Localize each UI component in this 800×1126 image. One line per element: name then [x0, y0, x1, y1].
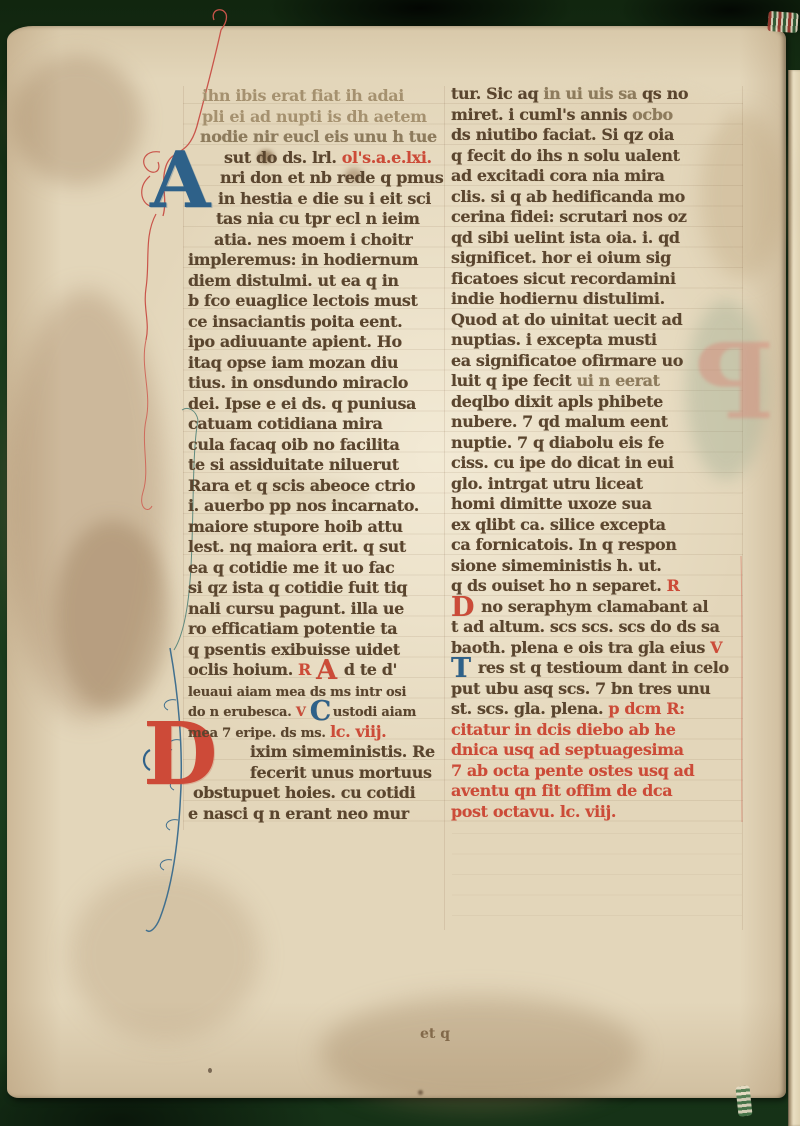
text-run: luit q ipe fecit: [451, 371, 577, 390]
text-run: t ad altum. scs scs. scs do ds sa: [451, 617, 720, 636]
manuscript-text-line: fecerit unus mortuus: [188, 763, 442, 784]
text-run: aventu qn fit offim de dca: [451, 781, 672, 800]
text-run: pli ei ad nupti is dh aetem: [202, 107, 427, 126]
text-run: indie hodiernu distulimi.: [451, 289, 665, 308]
manuscript-text-line: ce insaciantis poita eent.: [188, 312, 442, 333]
text-run: ui n eerat: [577, 371, 660, 390]
text-run: cerina fidei: scrutari nos oz: [451, 207, 687, 226]
text-run: put ubu asq scs. 7 bn tres unu: [451, 679, 710, 698]
manuscript-text-line: q fecit do ihs n solu ualent: [451, 146, 735, 167]
text-run: q psentis exibuisse uidet: [188, 640, 400, 659]
text-run: p dcm R:: [608, 699, 684, 718]
text-run: ihn ibis erat fiat ih adai: [202, 86, 404, 105]
manuscript-text-line: ds niutibo faciat. Si qz oia: [451, 125, 735, 146]
manuscript-text-line: nubere. 7 qd malum eent: [451, 412, 735, 433]
text-run: glo. intrgat utru liceat: [451, 474, 643, 493]
text-run: Quod at do uinitat uecit ad: [451, 310, 682, 329]
manuscript-text-line: baoth. plena e ois tra gla eius V: [451, 638, 735, 659]
manuscript-text-line: ixim simeministis. Re: [188, 742, 442, 763]
text-run: sione simeministis h. ut.: [451, 556, 661, 575]
manuscript-text-line: Quod at do uinitat uecit ad: [451, 310, 735, 331]
manuscript-text-line: e nasci q n erant neo mur: [188, 804, 442, 825]
manuscript-text-line: ad excitadi cora nia mira: [451, 166, 735, 187]
text-run: citatur in dcis diebo ab he: [451, 720, 675, 739]
page-edge-strip: [788, 70, 800, 1126]
text-run: ixim simeministis. Re: [250, 742, 435, 761]
manuscript-text-line: nuptie. 7 q diabolu eis fe: [451, 433, 735, 454]
manuscript-text-line: q ds ouiset ho n separet. R: [451, 576, 735, 597]
text-run: V: [710, 638, 722, 657]
manuscript-text-line: nri don et nb rede q pmus: [188, 168, 442, 189]
text-run: b fco euaglice lectois must: [188, 291, 418, 310]
text-run: ficatoes sicut recordamini: [451, 269, 676, 288]
manuscript-text-line: oclis hoium. R A d te d': [188, 660, 442, 681]
manuscript-text-line: ex qlibt ca. silice excepta: [451, 515, 735, 536]
text-run: in hestia e die su i eit sci: [218, 189, 431, 208]
manuscript-text-line: deqlbo dixit apls phibete: [451, 392, 735, 413]
text-run: d te d': [339, 660, 397, 679]
manuscript-text-line: mea 7 eripe. ds ms. lc. viij.: [188, 722, 442, 743]
text-run: ocbo: [632, 105, 673, 124]
manuscript-text-line: citatur in dcis diebo ab he: [451, 720, 735, 741]
manuscript-text-line: nali cursu pagunt. illa ue: [188, 599, 442, 620]
text-run: res st q testioum dant in celo: [473, 658, 729, 677]
manuscript-text-line: aventu qn fit offim de dca: [451, 781, 735, 802]
text-run: V: [296, 705, 310, 720]
manuscript-text-line: miret. i cuml's annis ocbo: [451, 105, 735, 126]
text-run: no seraphym clamabant al: [476, 597, 708, 616]
manuscript-text-line: i. auerbo pp nos incarnato.: [188, 496, 442, 517]
manuscript-text-line: dnica usq ad septuagesima: [451, 740, 735, 761]
manuscript-text-line: ciss. cu ipe do dicat in eui: [451, 453, 735, 474]
manuscript-text-line: ficatoes sicut recordamini: [451, 269, 735, 290]
manuscript-text-line: nuptias. i excepta musti: [451, 330, 735, 351]
text-run: significet. hor ei oium sig: [451, 248, 671, 267]
manuscript-text-line: post octavu. lc. viij.: [451, 802, 735, 823]
manuscript-text-line: dei. Ipse e ei ds. q puniusa: [188, 394, 442, 415]
manuscript-text-line: 7 ab octa pente ostes usq ad: [451, 761, 735, 782]
text-run: ad excitadi cora nia mira: [451, 166, 665, 185]
text-run: ds niutibo faciat. Si qz oia: [451, 125, 674, 144]
text-run: atia. nes moem i choitr: [214, 230, 412, 249]
manuscript-text-line: significet. hor ei oium sig: [451, 248, 735, 269]
text-run: dei. Ipse e ei ds. q puniusa: [188, 394, 416, 413]
text-run: do n erubesca.: [188, 705, 296, 720]
text-run: cula facaq oib no facilita: [188, 435, 399, 454]
text-run: q ds ouiset ho n separet.: [451, 576, 667, 595]
manuscript-text-line: obstupuet hoies. cu cotidi: [188, 783, 442, 804]
manuscript-text-line: sione simeministis h. ut.: [451, 556, 735, 577]
text-run: ea significatoe ofirmare uo: [451, 351, 683, 370]
text-run: nri don et nb rede q pmus: [220, 168, 443, 187]
endband-top: [767, 11, 798, 33]
manuscript-text-line: D no seraphym clamabant al: [451, 597, 735, 618]
text-run: leuaui aiam mea ds ms intr osi: [188, 685, 406, 700]
text-run: in ui uis sa: [543, 84, 642, 103]
manuscript-text-line: nodie nir eucl eis unu h tue: [188, 127, 442, 148]
manuscript-text-line: si qz ista q cotidie fuit tiq: [188, 578, 442, 599]
text-run: ce insaciantis poita eent.: [188, 312, 402, 331]
text-run: dnica usq ad septuagesima: [451, 740, 684, 759]
text-run: homi dimitte uxoze sua: [451, 494, 652, 513]
text-run: tius. in onsdundo miraclo: [188, 373, 408, 392]
manuscript-text-line: diem distulmi. ut ea q in: [188, 271, 442, 292]
manuscript-text-line: tur. Sic aq in ui uis sa qs no: [451, 84, 735, 105]
text-run: ca fornicatois. In q respon: [451, 535, 677, 554]
manuscript-text-line: sut do ds. lrl. ol's.a.e.lxi.: [188, 148, 442, 169]
manuscript-text-line: T res st q testioum dant in celo: [451, 658, 735, 679]
text-run: nubere. 7 qd malum eent: [451, 412, 668, 431]
text-run: nuptias. i excepta musti: [451, 330, 657, 349]
text-run: catuam cotidiana mira: [188, 414, 383, 433]
manuscript-text-line: ea significatoe ofirmare uo: [451, 351, 735, 372]
text-run: tur. Sic aq: [451, 84, 543, 103]
text-run: ipo adiuuante apient. Ho: [188, 332, 402, 351]
manuscript-text-line: tius. in onsdundo miraclo: [188, 373, 442, 394]
manuscript-text-line: put ubu asq scs. 7 bn tres unu: [451, 679, 735, 700]
text-run: sut do ds. lrl.: [224, 148, 342, 167]
manuscript-text-line: tas nia cu tpr ecl n ieim: [188, 209, 442, 230]
manuscript-text-line: homi dimitte uxoze sua: [451, 494, 735, 515]
manuscript-text-line: impleremus: in hodiernum: [188, 250, 442, 271]
text-run: maiore stupore hoib attu: [188, 517, 403, 536]
manuscript-text-line: t ad altum. scs scs. scs do ds sa: [451, 617, 735, 638]
manuscript-text-line: do n erubesca. V Custodi aiam: [188, 701, 442, 722]
text-run: itaq opse iam mozan diu: [188, 353, 398, 372]
text-run: ustodi aiam: [333, 705, 416, 720]
manuscript-text-line: ro efficatiam potentie ta: [188, 619, 442, 640]
manuscript-text-line: ca fornicatois. In q respon: [451, 535, 735, 556]
manuscript-text-line: clis. si q ab hedificanda mo: [451, 187, 735, 208]
manuscript-text-line: qd sibi uelint ista oia. i. qd: [451, 228, 735, 249]
manuscript-text-line: itaq opse iam mozan diu: [188, 353, 442, 374]
text-run: st. scs. gla. plena.: [451, 699, 608, 718]
text-run: miret. i cuml's annis: [451, 105, 632, 124]
text-run: i. auerbo pp nos incarnato.: [188, 496, 419, 515]
text-run: ciss. cu ipe do dicat in eui: [451, 453, 674, 472]
manuscript-text-line: b fco euaglice lectois must: [188, 291, 442, 312]
manuscript-photo-stage: P A D ihn ibis erat fiat ih adaipli ei a…: [0, 0, 800, 1126]
text-run: ea q cotidie me it uo fac: [188, 558, 394, 577]
manuscript-text-line: ihn ibis erat fiat ih adai: [188, 86, 442, 107]
text-run: si qz ista q cotidie fuit tiq: [188, 578, 407, 597]
text-run: deqlbo dixit apls phibete: [451, 392, 663, 411]
text-run: 7 ab octa pente ostes usq ad: [451, 761, 694, 780]
manuscript-text-line: atia. nes moem i choitr: [188, 230, 442, 251]
text-run: qd sibi uelint ista oia. i. qd: [451, 228, 680, 247]
text-run: impleremus: in hodiernum: [188, 250, 418, 269]
text-run: baoth. plena e ois tra gla eius: [451, 638, 710, 657]
manuscript-text-line: q psentis exibuisse uidet: [188, 640, 442, 661]
text-run: tas nia cu tpr ecl n ieim: [216, 209, 420, 228]
text-run: nodie nir eucl eis unu h tue: [200, 127, 437, 146]
text-run: ol's.a.e.lxi.: [342, 148, 432, 167]
text-run: nuptie. 7 q diabolu eis fe: [451, 433, 664, 452]
text-run: te si assiduitate niluerut: [188, 455, 399, 474]
text-column-right: tur. Sic aq in ui uis sa qs nomiret. i c…: [451, 84, 735, 822]
manuscript-text-line: cerina fidei: scrutari nos oz: [451, 207, 735, 228]
text-run: ro efficatiam potentie ta: [188, 619, 397, 638]
catchword: et q: [420, 1026, 450, 1042]
text-run: nali cursu pagunt. illa ue: [188, 599, 404, 618]
manuscript-text-line: glo. intrgat utru liceat: [451, 474, 735, 495]
text-run: oclis hoium.: [188, 660, 298, 679]
manuscript-text-line: catuam cotidiana mira: [188, 414, 442, 435]
text-run: R: [298, 660, 311, 679]
text-run: mea 7 eripe. ds ms.: [188, 726, 330, 741]
text-run: obstupuet hoies. cu cotidi: [193, 783, 415, 802]
endband-bottom: [735, 1085, 752, 1116]
manuscript-text-line: ipo adiuuante apient. Ho: [188, 332, 442, 353]
manuscript-text-line: cula facaq oib no facilita: [188, 435, 442, 456]
manuscript-text-line: indie hodiernu distulimi.: [451, 289, 735, 310]
text-run: clis. si q ab hedificanda mo: [451, 187, 685, 206]
text-column-left: ihn ibis erat fiat ih adaipli ei ad nupt…: [188, 86, 442, 824]
text-run: qs no: [642, 84, 688, 103]
manuscript-text-line: st. scs. gla. plena. p dcm R:: [451, 699, 735, 720]
manuscript-text-line: pli ei ad nupti is dh aetem: [188, 107, 442, 128]
text-run: fecerit unus mortuus: [250, 763, 432, 782]
manuscript-text-line: in hestia e die su i eit sci: [188, 189, 442, 210]
text-run: lc. viij.: [330, 722, 386, 741]
manuscript-text-line: maiore stupore hoib attu: [188, 517, 442, 538]
manuscript-text-line: Rara et q scis abeoce ctrio: [188, 476, 442, 497]
text-run: R: [667, 576, 680, 595]
manuscript-text-line: lest. nq maiora erit. q sut: [188, 537, 442, 558]
text-run: post octavu. lc. viij.: [451, 802, 616, 821]
text-run: ex qlibt ca. silice excepta: [451, 515, 666, 534]
manuscript-text-line: ea q cotidie me it uo fac: [188, 558, 442, 579]
text-run: Rara et q scis abeoce ctrio: [188, 476, 415, 495]
text-run: lest. nq maiora erit. q sut: [188, 537, 406, 556]
text-run: e nasci q n erant neo mur: [188, 804, 409, 823]
manuscript-text-line: luit q ipe fecit ui n eerat: [451, 371, 735, 392]
text-run: diem distulmi. ut ea q in: [188, 271, 399, 290]
manuscript-text-line: te si assiduitate niluerut: [188, 455, 442, 476]
text-run: q fecit do ihs n solu ualent: [451, 146, 680, 165]
